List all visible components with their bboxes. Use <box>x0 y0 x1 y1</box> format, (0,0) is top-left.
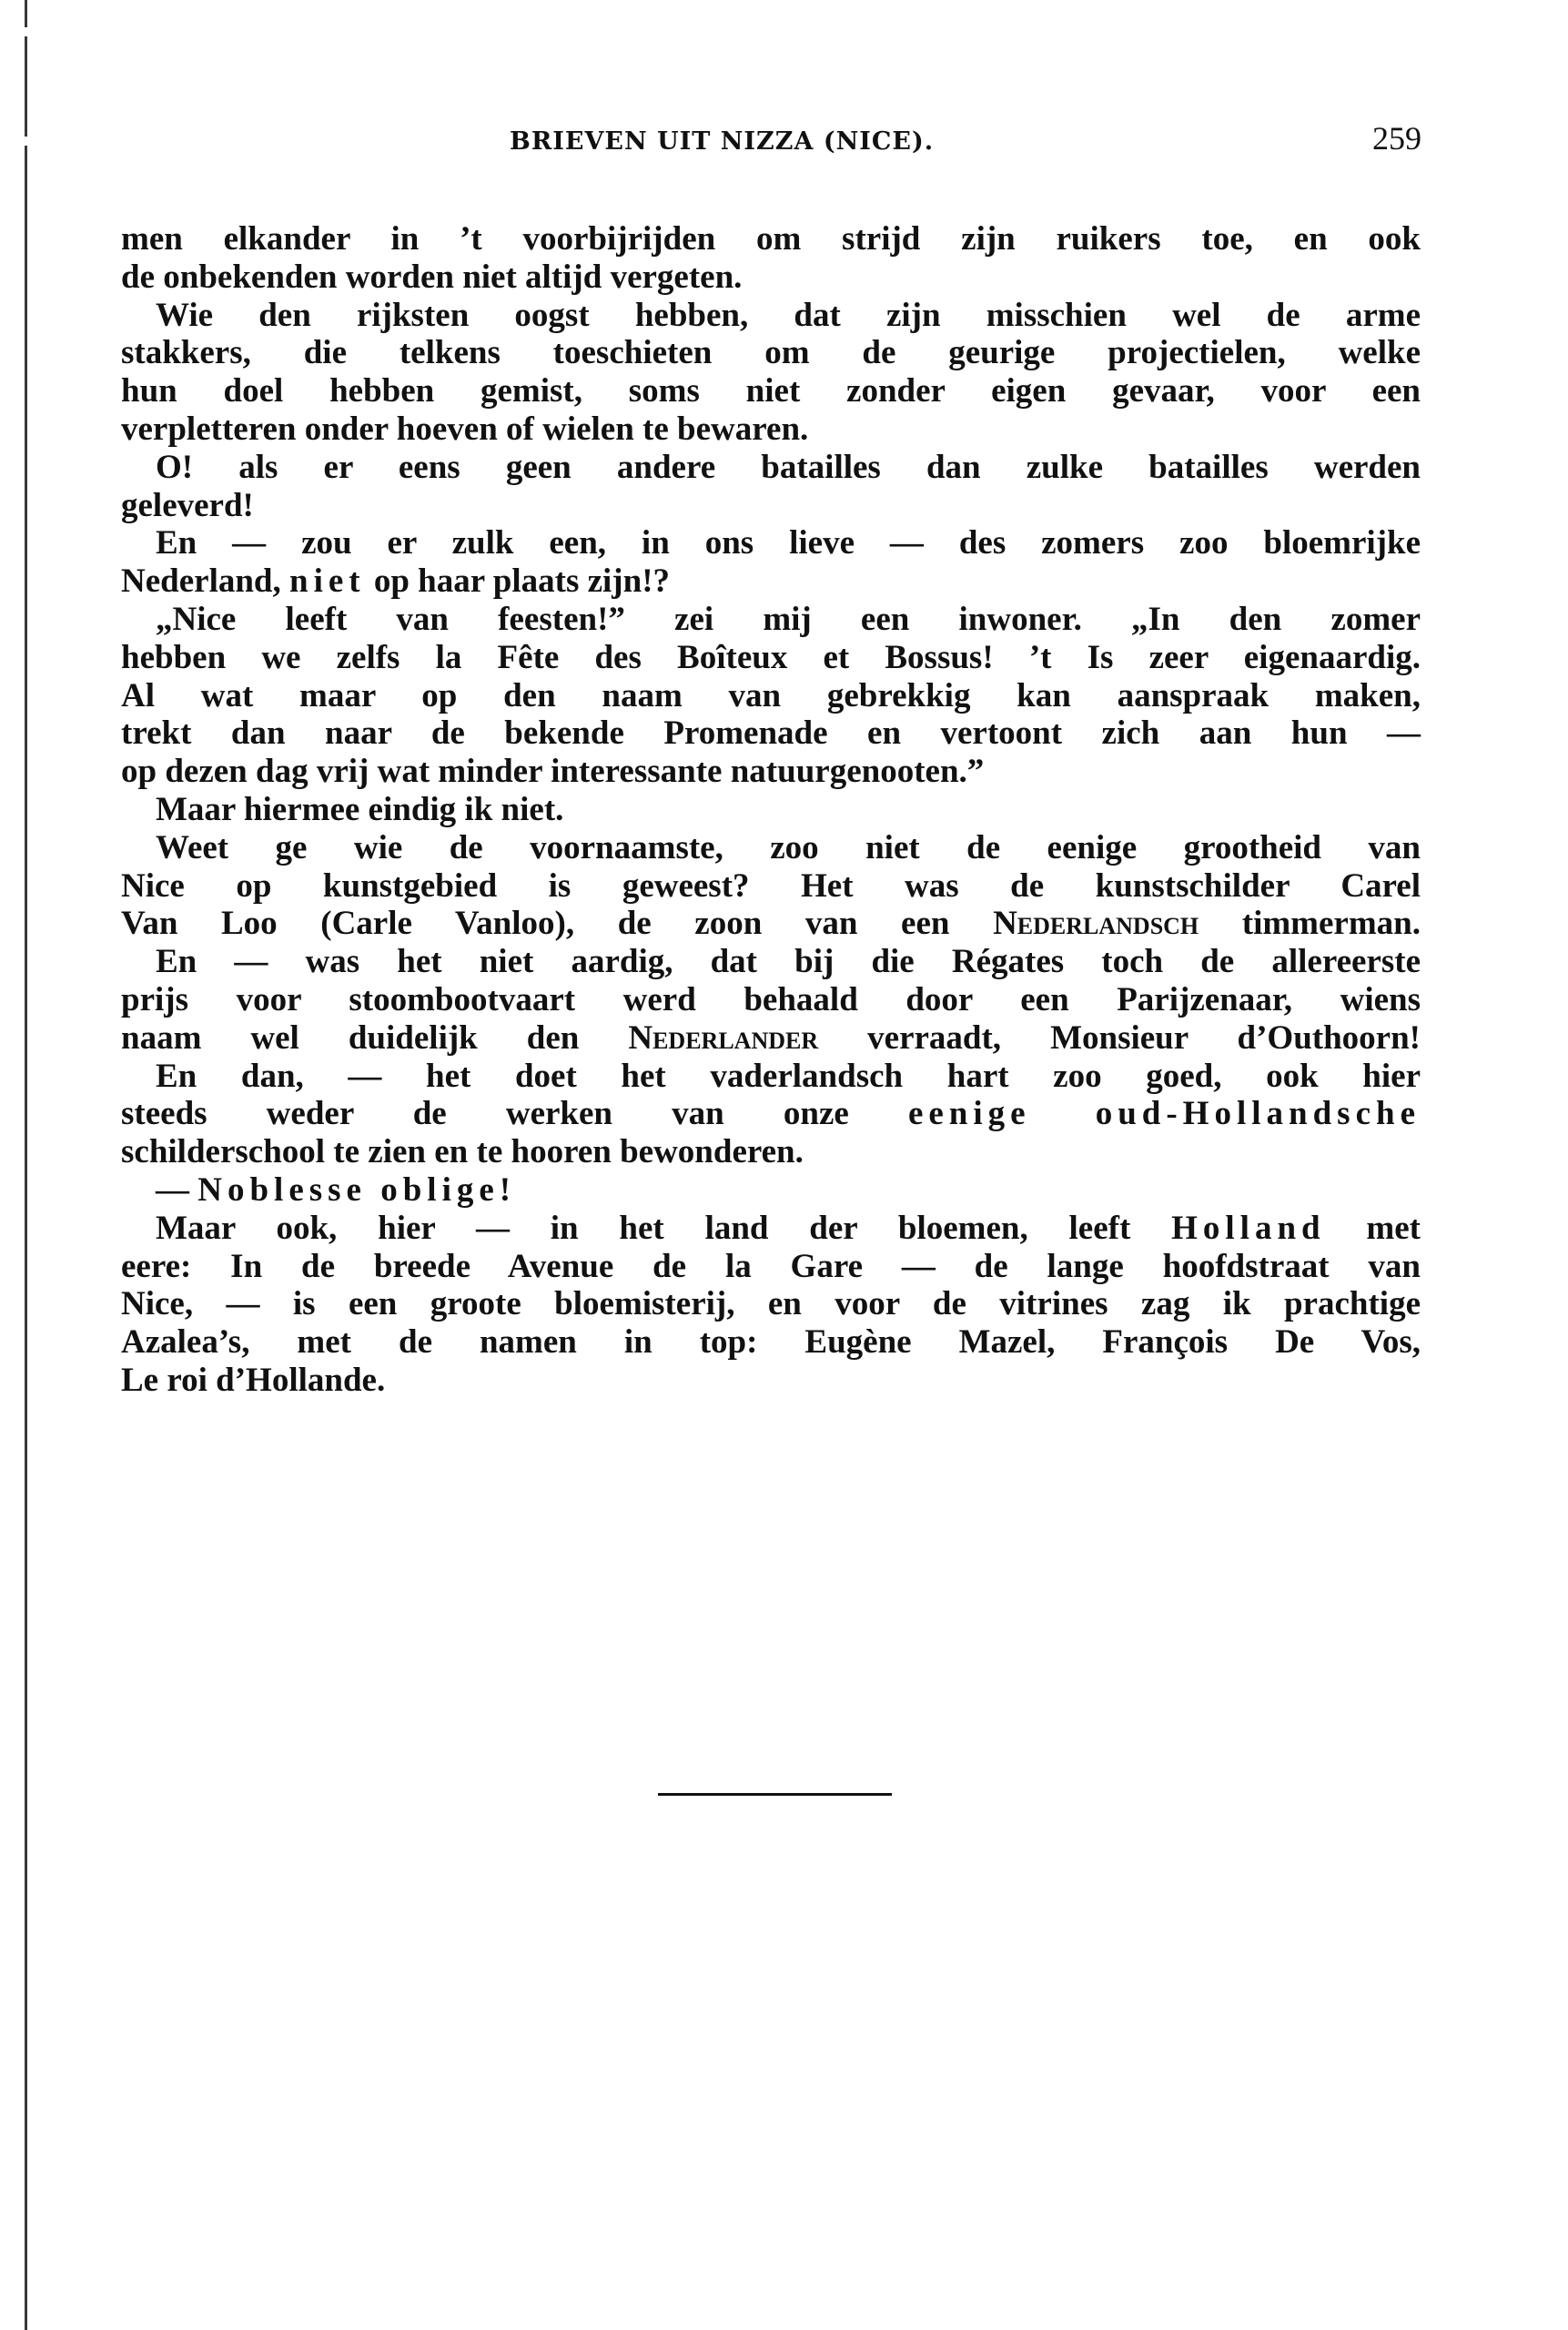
text-run: naam wel duidelijk den <box>121 1019 628 1057</box>
text-line: geleverd! <box>121 487 1421 525</box>
text-line: naam wel duidelijk den Nederlander verra… <box>121 1019 1421 1058</box>
text-line: de onbekenden worden niet altijd vergete… <box>121 258 1421 297</box>
text-line: Le roi d’Hollande. <box>121 1362 1421 1400</box>
text-line: Azalea’s, met de namen in top: Eugène Ma… <box>121 1323 1421 1362</box>
text-line: O! als er eens geen andere batailles dan… <box>121 449 1421 487</box>
text-run: steeds weder de werken van onze <box>121 1095 908 1132</box>
text-line: hun doel hebben gemist, soms niet zonder… <box>121 372 1421 410</box>
text-line: op dezen dag vrij wat minder interessant… <box>121 753 1421 791</box>
body-text: men elkander in ’t voorbijrijden om stri… <box>121 220 1421 1400</box>
text-run: timmerman. <box>1199 905 1421 942</box>
text-line: — Noblesse oblige! <box>121 1171 1421 1210</box>
text-line: trekt dan naar de bekende Promenade en v… <box>121 714 1421 753</box>
text-line: En — zou er zulk een, in ons lieve — des… <box>121 524 1421 562</box>
emphasized-spaced-text: eenige oud-Hollandsche <box>908 1095 1421 1132</box>
text-line: Weet ge wie de voornaamste, zoo niet de … <box>121 829 1421 867</box>
text-run: op haar plaats zijn!? <box>366 562 670 600</box>
text-line: men elkander in ’t voorbijrijden om stri… <box>121 220 1421 258</box>
small-caps-word: Nederlander <box>628 1019 818 1057</box>
text-line: hebben we zelfs la Fête des Boîteux et B… <box>121 639 1421 677</box>
text-line: Nice op kunstgebied is geweest? Het was … <box>121 867 1421 906</box>
text-run: Maar ook, hier — in het land der bloemen… <box>156 1210 1171 1247</box>
text-run: Nederland, <box>121 562 289 600</box>
text-line: En — was het niet aardig, dat bij die Ré… <box>121 943 1421 981</box>
text-line: Maar hiermee eindig ik niet. <box>121 791 1421 829</box>
text-run: met <box>1326 1210 1421 1247</box>
text-line: verpletteren onder hoeven of wielen te b… <box>121 410 1421 449</box>
text-line: Al wat maar op den naam van gebrekkig ka… <box>121 677 1421 715</box>
text-line: eere: In de breede Avenue de la Gare — d… <box>121 1248 1421 1286</box>
text-line: stakkers, die telkens toeschieten om de … <box>121 334 1421 372</box>
text-run: verraadt, Monsieur d’Outhoorn! <box>818 1019 1421 1057</box>
text-line: „Nice leeft van feesten!” zei mij een in… <box>121 601 1421 639</box>
section-end-rule <box>658 1793 892 1796</box>
text-line: Nederland, niet op haar plaats zijn!? <box>121 562 1421 601</box>
running-title: BRIEVEN UIT NIZZA (NICE). <box>510 121 934 163</box>
emphasized-spaced-text: niet <box>289 562 366 600</box>
text-line: En dan, — het doet het vaderlandsch hart… <box>121 1058 1421 1096</box>
running-head: BRIEVEN UIT NIZZA (NICE). 259 <box>0 121 1568 163</box>
text-line: Nice, — is een groote bloemisterij, en v… <box>121 1285 1421 1323</box>
text-line: prijs voor stoombootvaart werd behaald d… <box>121 981 1421 1019</box>
small-caps-word: Nederlandsch <box>993 905 1199 942</box>
emphasized-spaced-text: Holland <box>1171 1210 1326 1247</box>
text-line: schilderschool te zien en te hooren bewo… <box>121 1133 1421 1171</box>
scanned-page-edge <box>25 0 27 2330</box>
text-line: Van Loo (Carle Vanloo), de zoon van een … <box>121 905 1421 943</box>
text-line: steeds weder de werken van onze eenige o… <box>121 1095 1421 1133</box>
emphasized-spaced-text: Noblesse oblige! <box>197 1171 516 1209</box>
text-run: — <box>156 1171 197 1209</box>
text-line: Wie den rijksten oogst hebben, dat zijn … <box>121 297 1421 335</box>
text-run: Van Loo (Carle Vanloo), de zoon van een <box>121 905 993 942</box>
text-line: Maar ook, hier — in het land der bloemen… <box>121 1210 1421 1248</box>
page-number: 259 <box>1372 117 1421 159</box>
